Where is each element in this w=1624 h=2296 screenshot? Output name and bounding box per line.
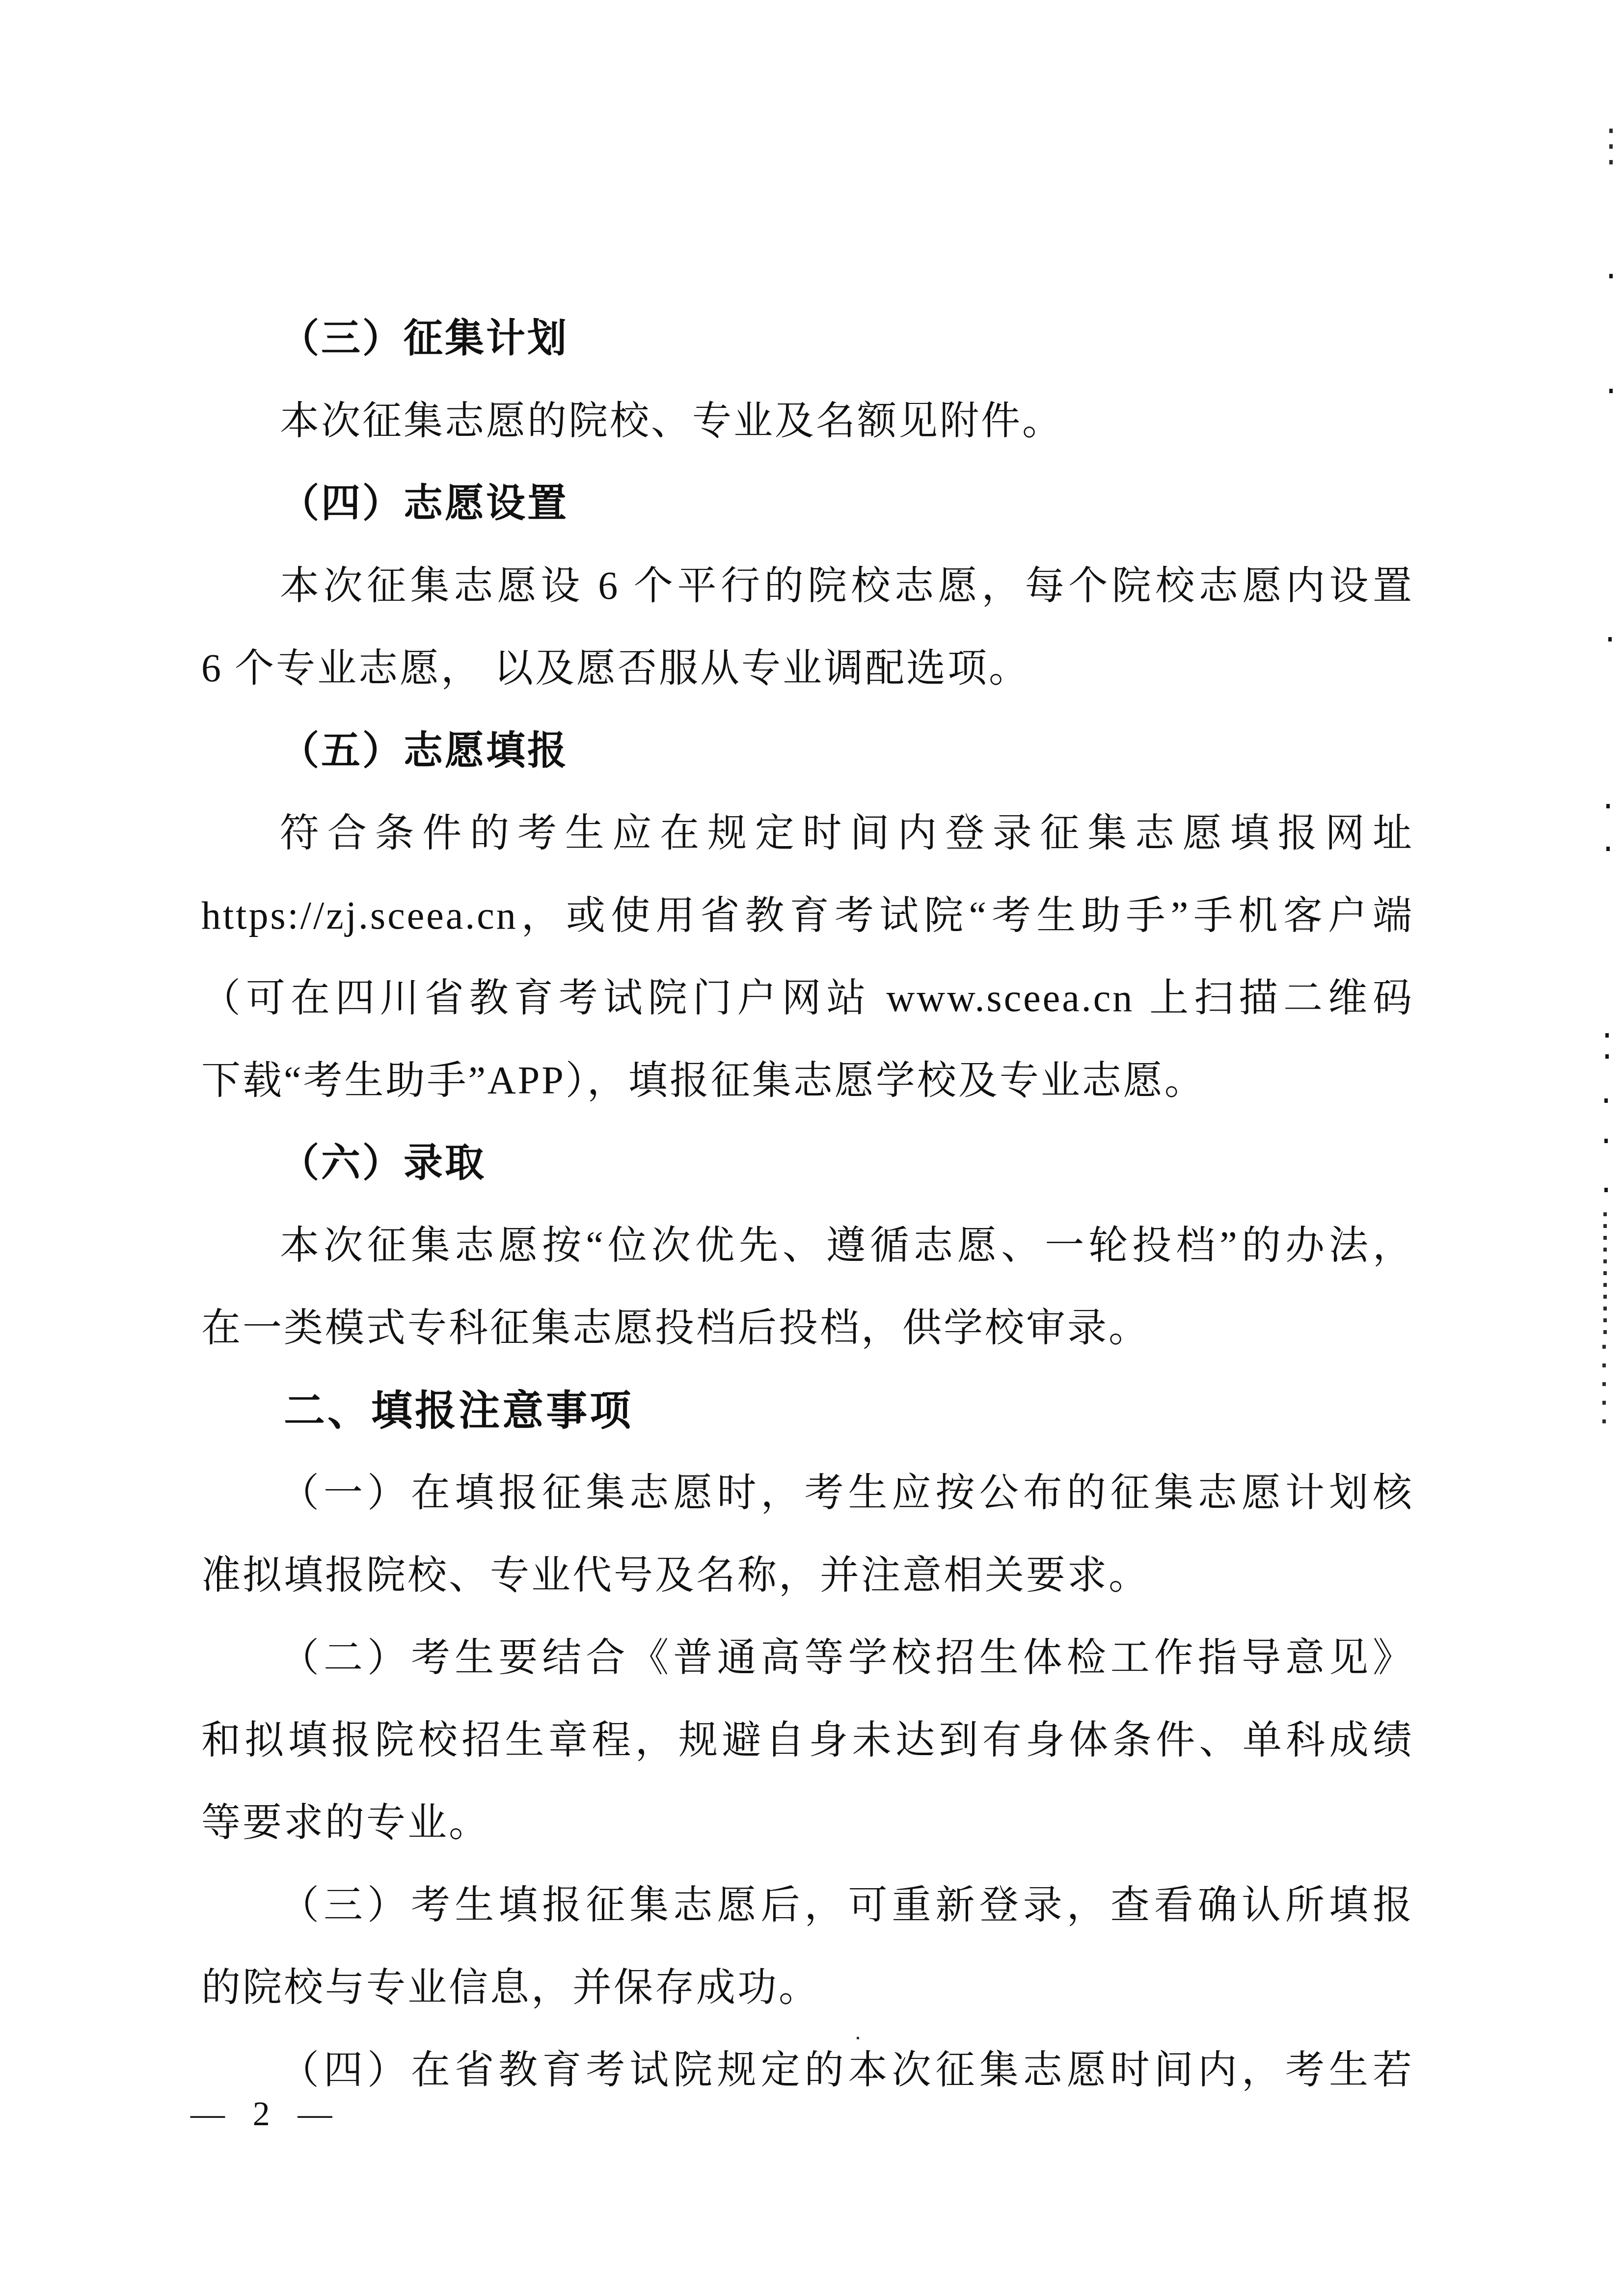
para-volunteer-filing-line-1: 符合条件的考生应在规定时间内登录征集志愿填报网址 bbox=[201, 792, 1414, 875]
scan-artifact bbox=[1603, 1212, 1607, 1335]
para-volunteer-filing-line-4: 下载“考生助手”APP），填报征集志愿学校及专业志愿。 bbox=[201, 1040, 1414, 1122]
scan-artifact bbox=[1606, 804, 1610, 808]
para-volunteer-setup-line-2: 6 个专业志愿， 以及愿否服从专业调配选项。 bbox=[201, 627, 1414, 710]
para-volunteer-filing-line-3-url: （可在四川省教育考试院门户网站 www.sceea.cn 上扫描二维码 bbox=[201, 957, 1414, 1040]
note-4-line-1: （四）在省教育考试院规定的本次征集志愿时间内，考生若 bbox=[201, 2029, 1414, 2111]
scan-artifact bbox=[1604, 1139, 1608, 1143]
para-admission-line-2: 在一类模式专科征集志愿投档后投档，供学校审录。 bbox=[201, 1287, 1414, 1369]
scan-artifact bbox=[1606, 847, 1610, 851]
scan-artifact bbox=[1605, 1033, 1609, 1038]
scan-artifact bbox=[356, 2083, 359, 2086]
scanned-document-page: （三）征集计划 本次征集志愿的院校、专业及名额见附件。 （四）志愿设置 本次征集… bbox=[0, 0, 1624, 2296]
note-2-line-3: 等要求的专业。 bbox=[201, 1782, 1414, 1864]
scan-artifact bbox=[1604, 1188, 1608, 1192]
note-3-line-1: （三）考生填报征集志愿后，可重新登录，查看确认所填报 bbox=[201, 1864, 1414, 1947]
scan-artifact bbox=[1609, 129, 1613, 176]
note-3-line-2: 的院校与专业信息，并保存成功。 bbox=[201, 1947, 1414, 2029]
scan-artifact bbox=[1604, 1098, 1608, 1103]
document-body: （三）征集计划 本次征集志愿的院校、专业及名额见附件。 （四）志愿设置 本次征集… bbox=[201, 297, 1414, 2111]
subheading-3-collection-plan: （三）征集计划 bbox=[201, 297, 1414, 380]
subheading-6-admission: （六）录取 bbox=[201, 1122, 1414, 1204]
note-1-line-2: 准拟填报院校、专业代号及名称，并注意相关要求。 bbox=[201, 1534, 1414, 1617]
scan-artifact bbox=[857, 2037, 859, 2039]
note-2-line-1: （二）考生要结合《普通高等学校招生体检工作指导意见》 bbox=[201, 1617, 1414, 1699]
subheading-4-volunteer-setup: （四）志愿设置 bbox=[201, 462, 1414, 545]
para-volunteer-setup-line-1: 本次征集志愿设 6 个平行的院校志愿，每个院校志愿内设置 bbox=[201, 545, 1414, 627]
para-volunteer-filing-line-2-url: https://zj.sceea.cn，或使用省教育考试院“考生助手”手机客户端 bbox=[201, 875, 1414, 957]
subheading-5-volunteer-filing: （五）志愿填报 bbox=[201, 710, 1414, 792]
scan-artifact bbox=[1609, 274, 1613, 278]
section-2-heading-notes: 二、填报注意事项 bbox=[201, 1369, 1414, 1452]
scan-artifact bbox=[1608, 637, 1612, 641]
note-2-line-2: 和拟填报院校招生章程，规避自身未达到有身体条件、单科成绩 bbox=[201, 1699, 1414, 1782]
scan-artifact bbox=[1602, 1345, 1606, 1428]
note-1-line-1: （一）在填报征集志愿时，考生应按公布的征集志愿计划核 bbox=[201, 1452, 1414, 1534]
para-collection-plan-line-1: 本次征集志愿的院校、专业及名额见附件。 bbox=[201, 380, 1414, 462]
page-number: — 2 — bbox=[190, 2085, 342, 2144]
para-admission-line-1: 本次征集志愿按“位次优先、遵循志愿、一轮投档”的办法， bbox=[201, 1204, 1414, 1287]
scan-artifact bbox=[1609, 389, 1613, 393]
scan-artifact bbox=[1605, 1054, 1609, 1059]
